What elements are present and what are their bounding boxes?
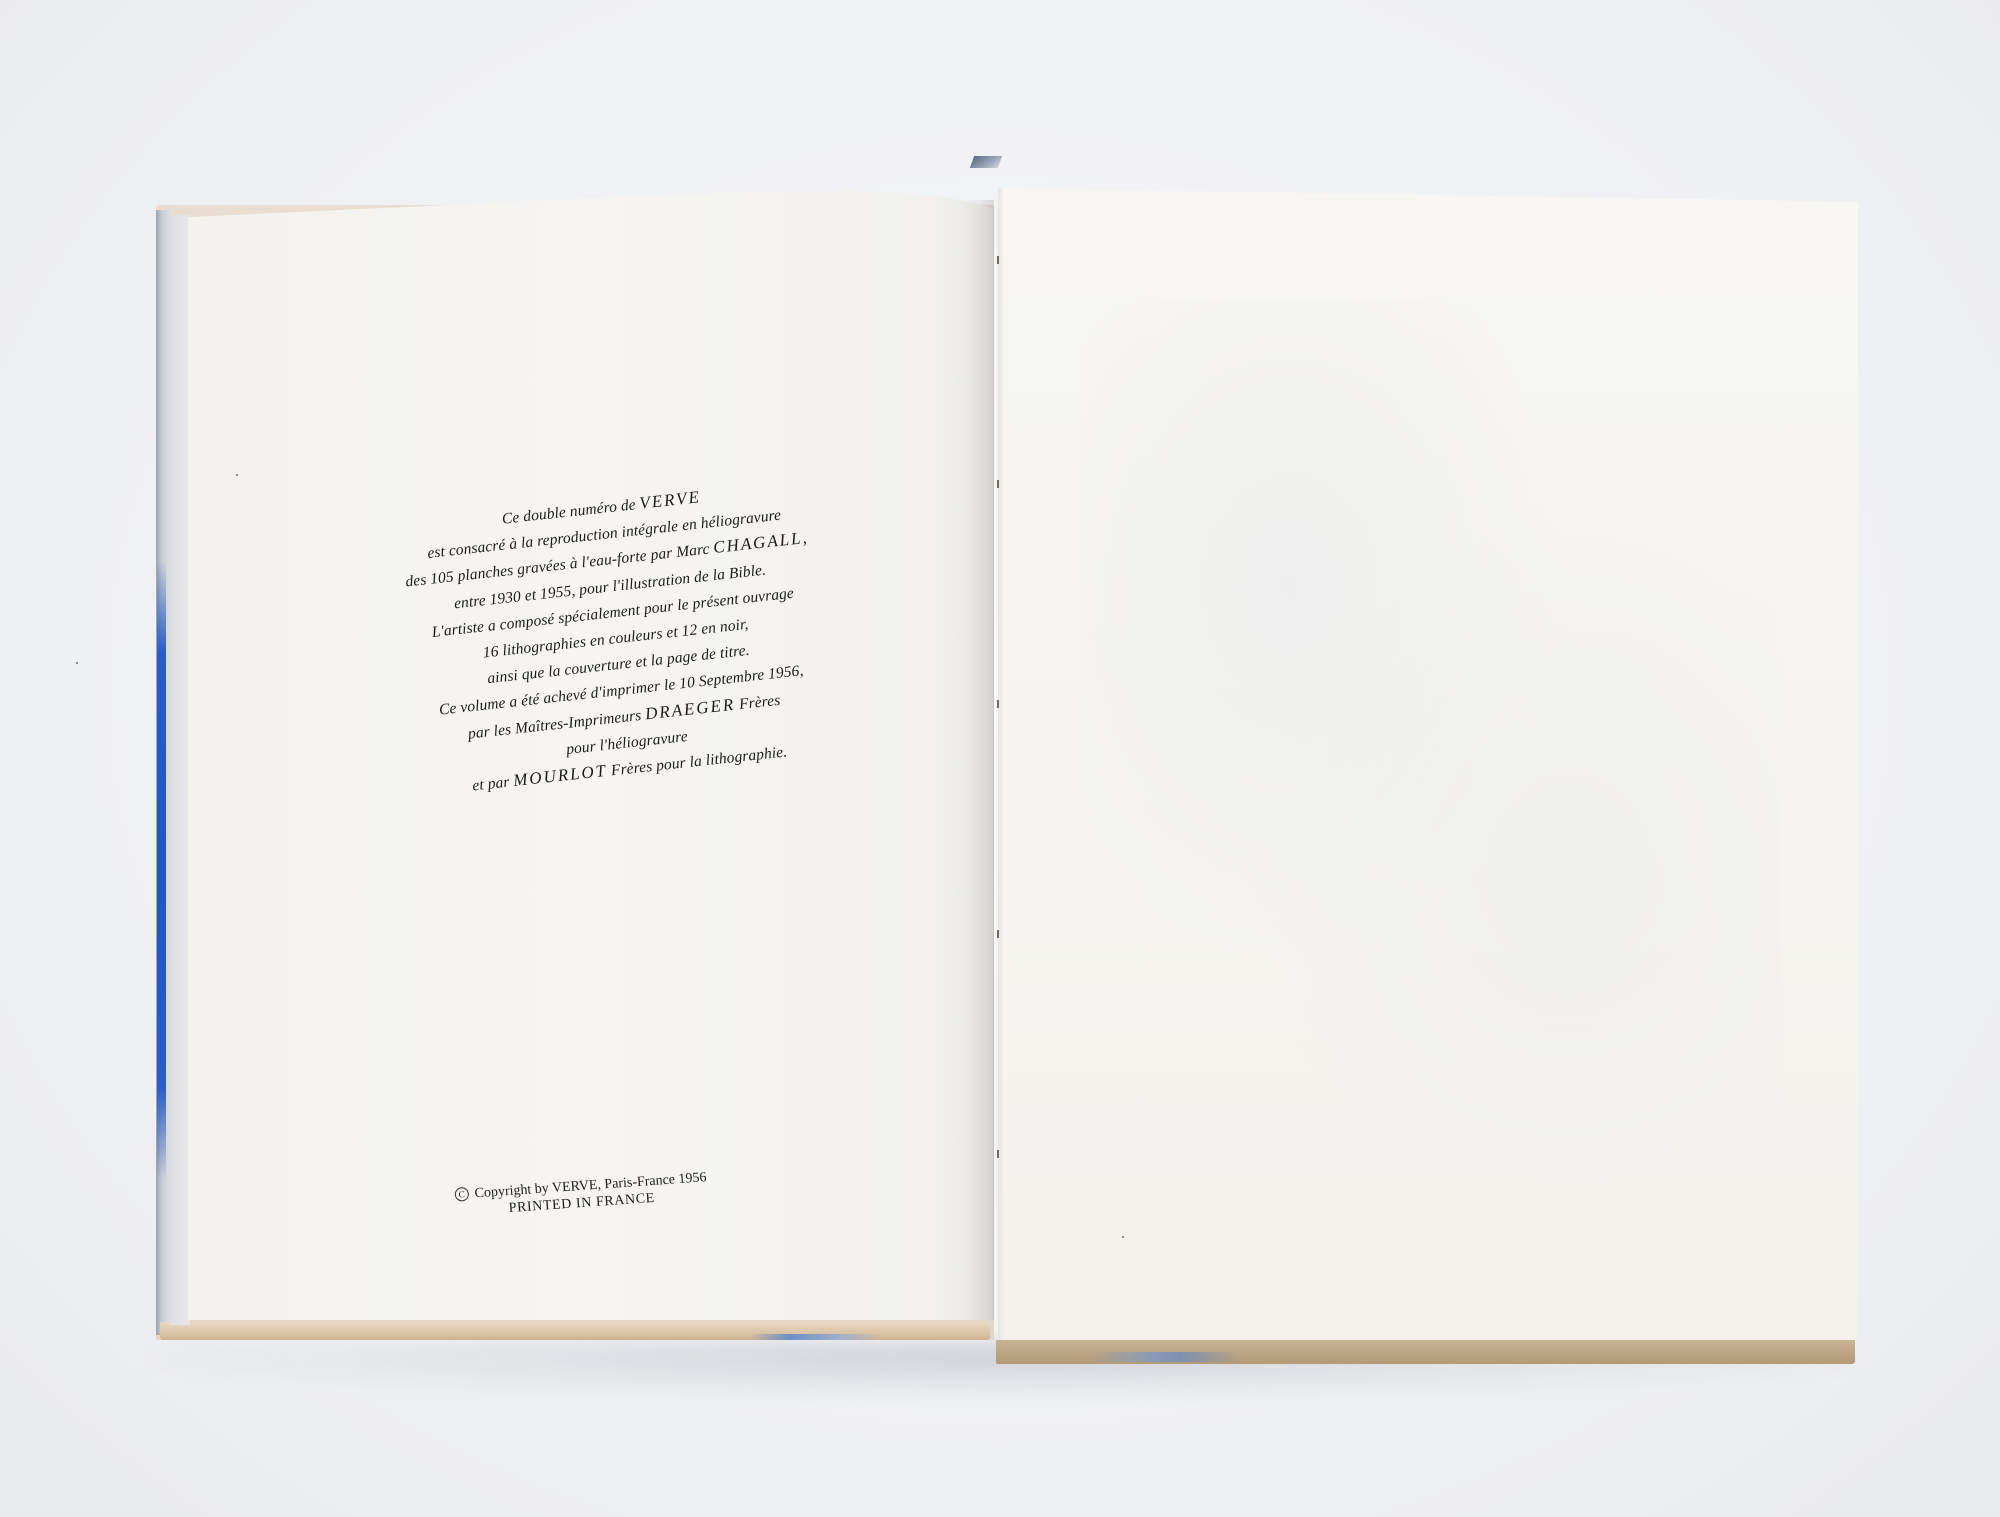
paper-speck [1122, 1236, 1124, 1238]
left-cover-bottom-blue-streak [750, 1334, 880, 1340]
paper-speck [236, 474, 238, 476]
spine-stitch [997, 256, 999, 264]
spine-stitch [997, 1150, 999, 1158]
spine-stitch [997, 930, 999, 938]
cover-top-corner [970, 156, 1002, 168]
left-page-gutter-shade [960, 200, 994, 1320]
left-cover-blue-streak [157, 560, 166, 1180]
paper-speck [76, 662, 78, 664]
copyright-symbol-icon: C [454, 1187, 469, 1202]
left-flyleaf [170, 215, 190, 1325]
right-page-show-through [1080, 300, 1780, 1250]
photo-scene: Ce double numéro de VERVE est consacré à… [0, 0, 2000, 1517]
right-page-gutter-edge [998, 188, 1004, 1340]
right-cover-bottom-blue-streak [1090, 1352, 1240, 1362]
spine-stitch [997, 480, 999, 488]
spine-stitch [997, 700, 999, 708]
